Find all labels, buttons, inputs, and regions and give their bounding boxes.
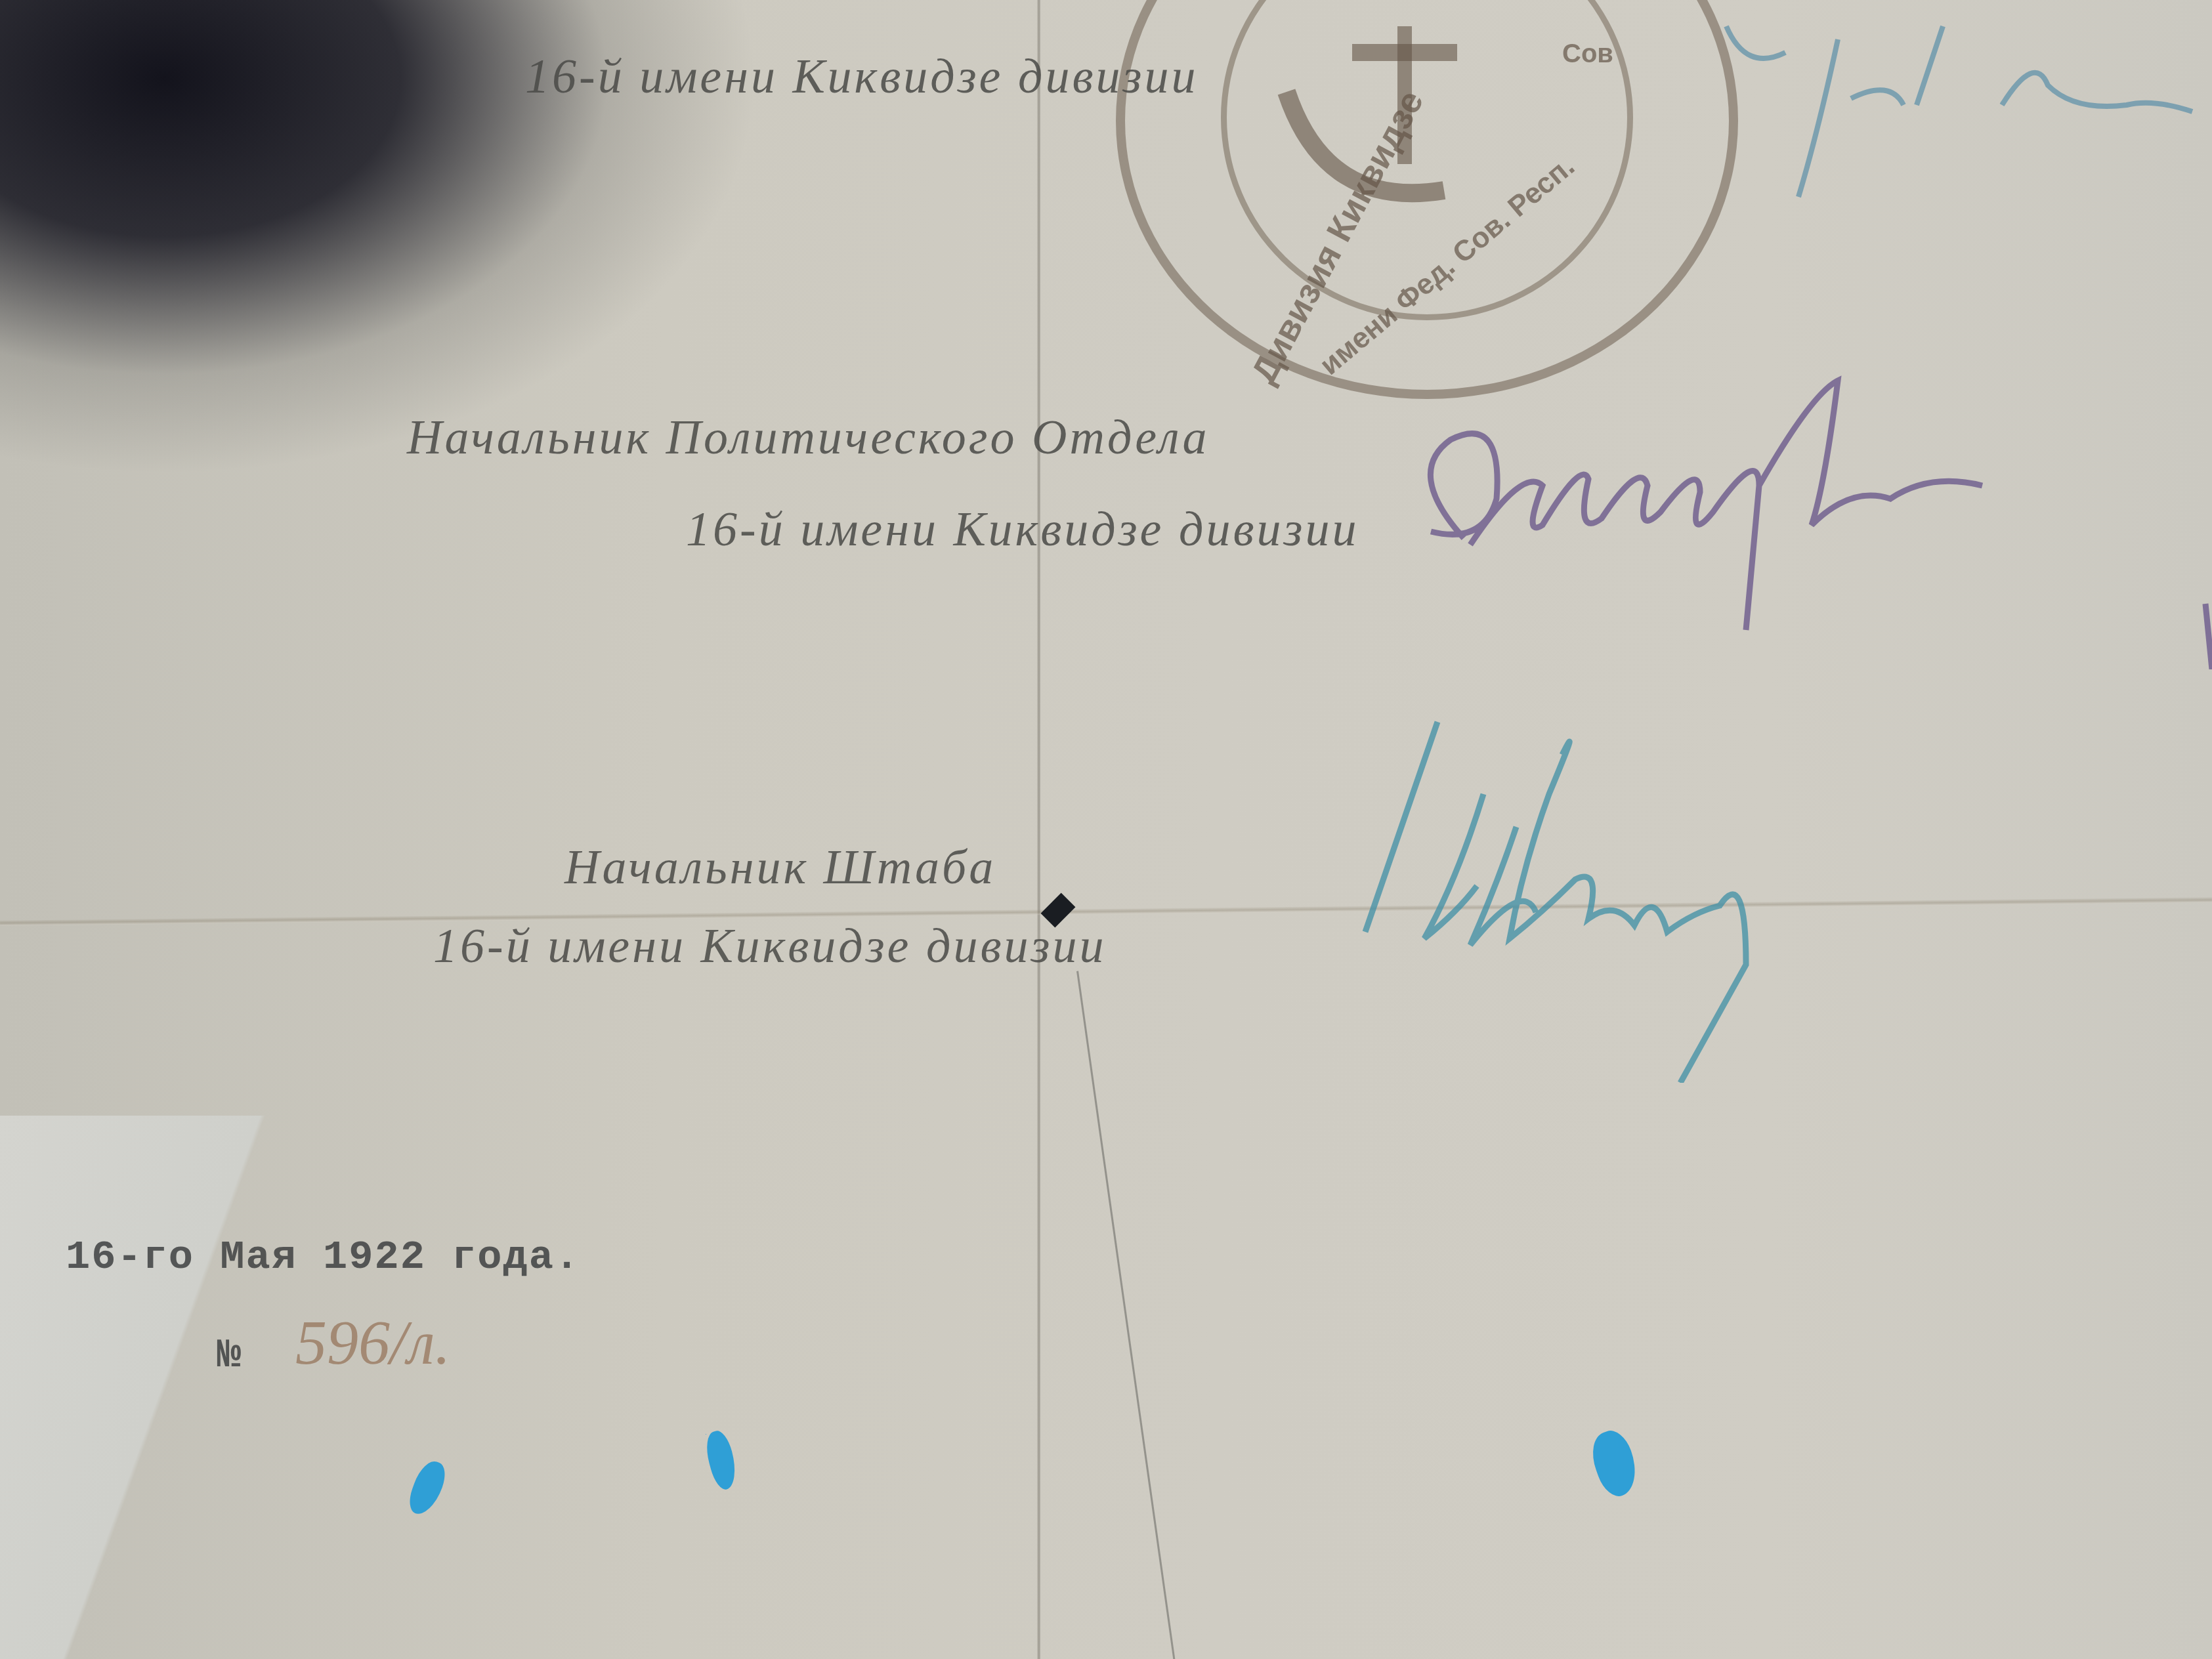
- vertical-fold-line: [1037, 0, 1041, 1659]
- number-label: №: [217, 1332, 242, 1379]
- document-number: 596/л.: [295, 1306, 451, 1379]
- top-unit-line: 16-й имени Киквидзе дивизии: [525, 49, 1198, 105]
- chief-of-staff-unit: 16-й имени Киквидзе дивизии: [433, 919, 1106, 975]
- political-department-unit: 16-й имени Киквидзе дивизии: [686, 502, 1359, 558]
- chief-of-staff-signature: [1326, 715, 1904, 1083]
- chief-of-staff-title: Начальник Штаба: [564, 840, 996, 896]
- political-chief-signature: [1392, 354, 2212, 669]
- top-right-signature: [1707, 0, 2212, 217]
- hammer-sickle-emblem-icon: [1247, 13, 1523, 223]
- stamp-right-text: Сов: [1562, 39, 1613, 69]
- document-date: 16-го Мая 1922 года.: [66, 1234, 580, 1280]
- political-department-title: Начальник Политического Отдела: [407, 410, 1209, 466]
- paper-edge-left: [0, 1116, 276, 1659]
